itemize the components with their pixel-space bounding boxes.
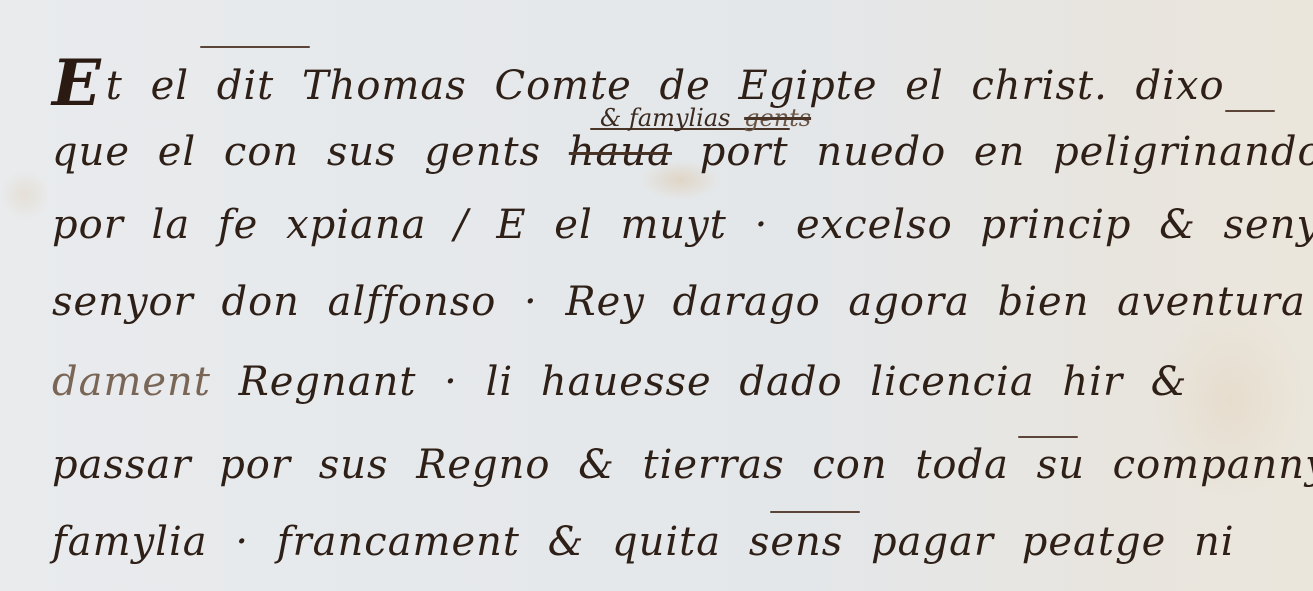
manuscript-line-3: por la fe xpiana / E el muyt · excelso p… [52,205,1313,245]
parchment-stain [0,170,50,220]
manuscript-line-4: senyor don alffonso · Rey darago agora b… [52,282,1306,322]
manuscript-line-7: famylia · francament & quita sens pagar … [52,522,1235,562]
line-text: port nuedo en peligrinando [700,129,1313,175]
struck-word: haua [569,129,672,175]
line-text: que el con sus gents [52,129,541,175]
line-text: famylia · francament & quita sens pagar … [52,519,1235,565]
line-text: passar por sus Regno & tierras con toda … [52,442,1313,488]
manuscript-line-6: passar por sus Regno & tierras con toda … [52,445,1313,485]
line-text: t el dit Thomas Comte de Egipte el chris… [106,63,1225,109]
abbreviation-mark [770,511,860,513]
abbreviation-mark [1018,436,1078,438]
abbreviation-mark [200,46,310,48]
manuscript-line-5: dament Regnant · li hauesse dado licenci… [52,362,1187,402]
line-text: por la fe xpiana / E el muyt · excelso p… [52,202,1313,248]
faded-word: dament [52,359,211,405]
line-text: Regnant · li hauesse dado licencia hir & [239,359,1188,405]
line-text: senyor don alffonso · Rey darago agora b… [52,279,1306,325]
abbreviation-mark [1225,110,1275,112]
manuscript-page: Et el dit Thomas Comte de Egipte el chri… [0,0,1313,591]
interlinear-insertion: & famylias gents [600,104,811,132]
struck-insertion: gents [744,104,811,132]
manuscript-line-2: que el con sus gents haua port nuedo en … [52,132,1313,172]
decorated-initial: E [52,46,102,121]
